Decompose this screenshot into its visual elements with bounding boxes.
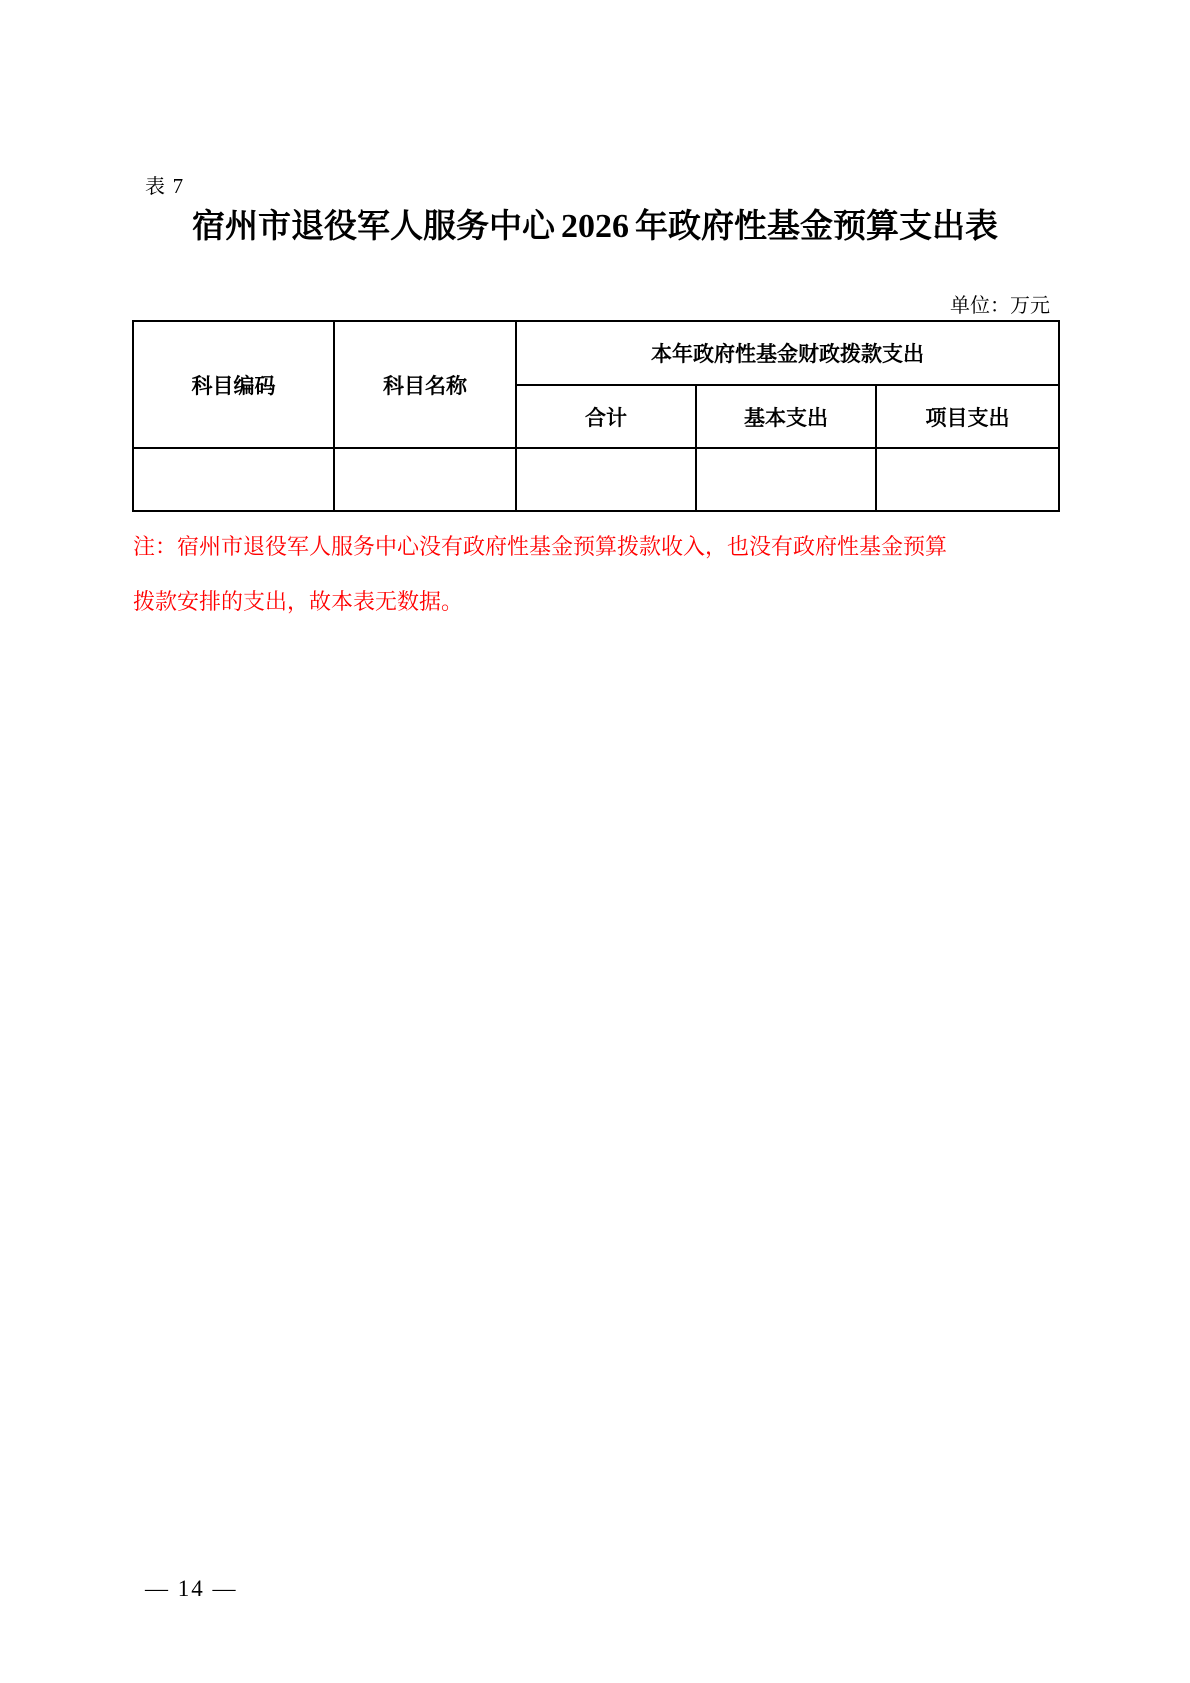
no-data-note-line-1: 注：宿州市退役军人服务中心没有政府性基金预算拨款收入，也没有政府性基金预算 <box>133 519 1073 574</box>
cell-subject-code <box>133 448 334 511</box>
no-data-note: 注：宿州市退役军人服务中心没有政府性基金预算拨款收入，也没有政府性基金预算 拨款… <box>133 519 1073 629</box>
page-title-prefix: 宿州市退役军人服务中心 <box>192 207 555 244</box>
budget-table: 科目编码 科目名称 本年政府性基金财政拨款支出 合计 基本支出 项目支出 <box>132 320 1060 512</box>
page-title: 宿州市退役军人服务中心2026年政府性基金预算支出表 <box>0 200 1190 247</box>
cell-subject-name <box>334 448 516 511</box>
no-data-note-line-2: 拨款安排的支出，故本表无数据。 <box>133 574 1073 629</box>
table-number-label-zh: 表 <box>145 176 166 198</box>
header-basic-expenditure: 基本支出 <box>696 385 876 448</box>
cell-total <box>516 448 696 511</box>
header-subject-name: 科目名称 <box>334 321 516 448</box>
page-number: — 14 — <box>145 1576 238 1602</box>
page-title-year: 2026 <box>555 208 635 245</box>
header-subject-code: 科目编码 <box>133 321 334 448</box>
cell-basic-expenditure <box>696 448 876 511</box>
table-header-row-1: 科目编码 科目名称 本年政府性基金财政拨款支出 <box>133 321 1059 385</box>
header-total: 合计 <box>516 385 696 448</box>
cell-project-expenditure <box>876 448 1059 511</box>
header-group-fund-expenditure: 本年政府性基金财政拨款支出 <box>516 321 1059 385</box>
document-page: 表 7 宿州市退役军人服务中心2026年政府性基金预算支出表 单位：万元 科目编… <box>0 0 1190 1683</box>
table-number-label: 表 7 <box>145 170 184 199</box>
page-title-suffix: 年政府性基金预算支出表 <box>635 207 998 244</box>
unit-label: 单位：万元 <box>132 289 1058 318</box>
header-project-expenditure: 项目支出 <box>876 385 1059 448</box>
table-row <box>133 448 1059 511</box>
table-number-label-num: 7 <box>173 174 185 198</box>
